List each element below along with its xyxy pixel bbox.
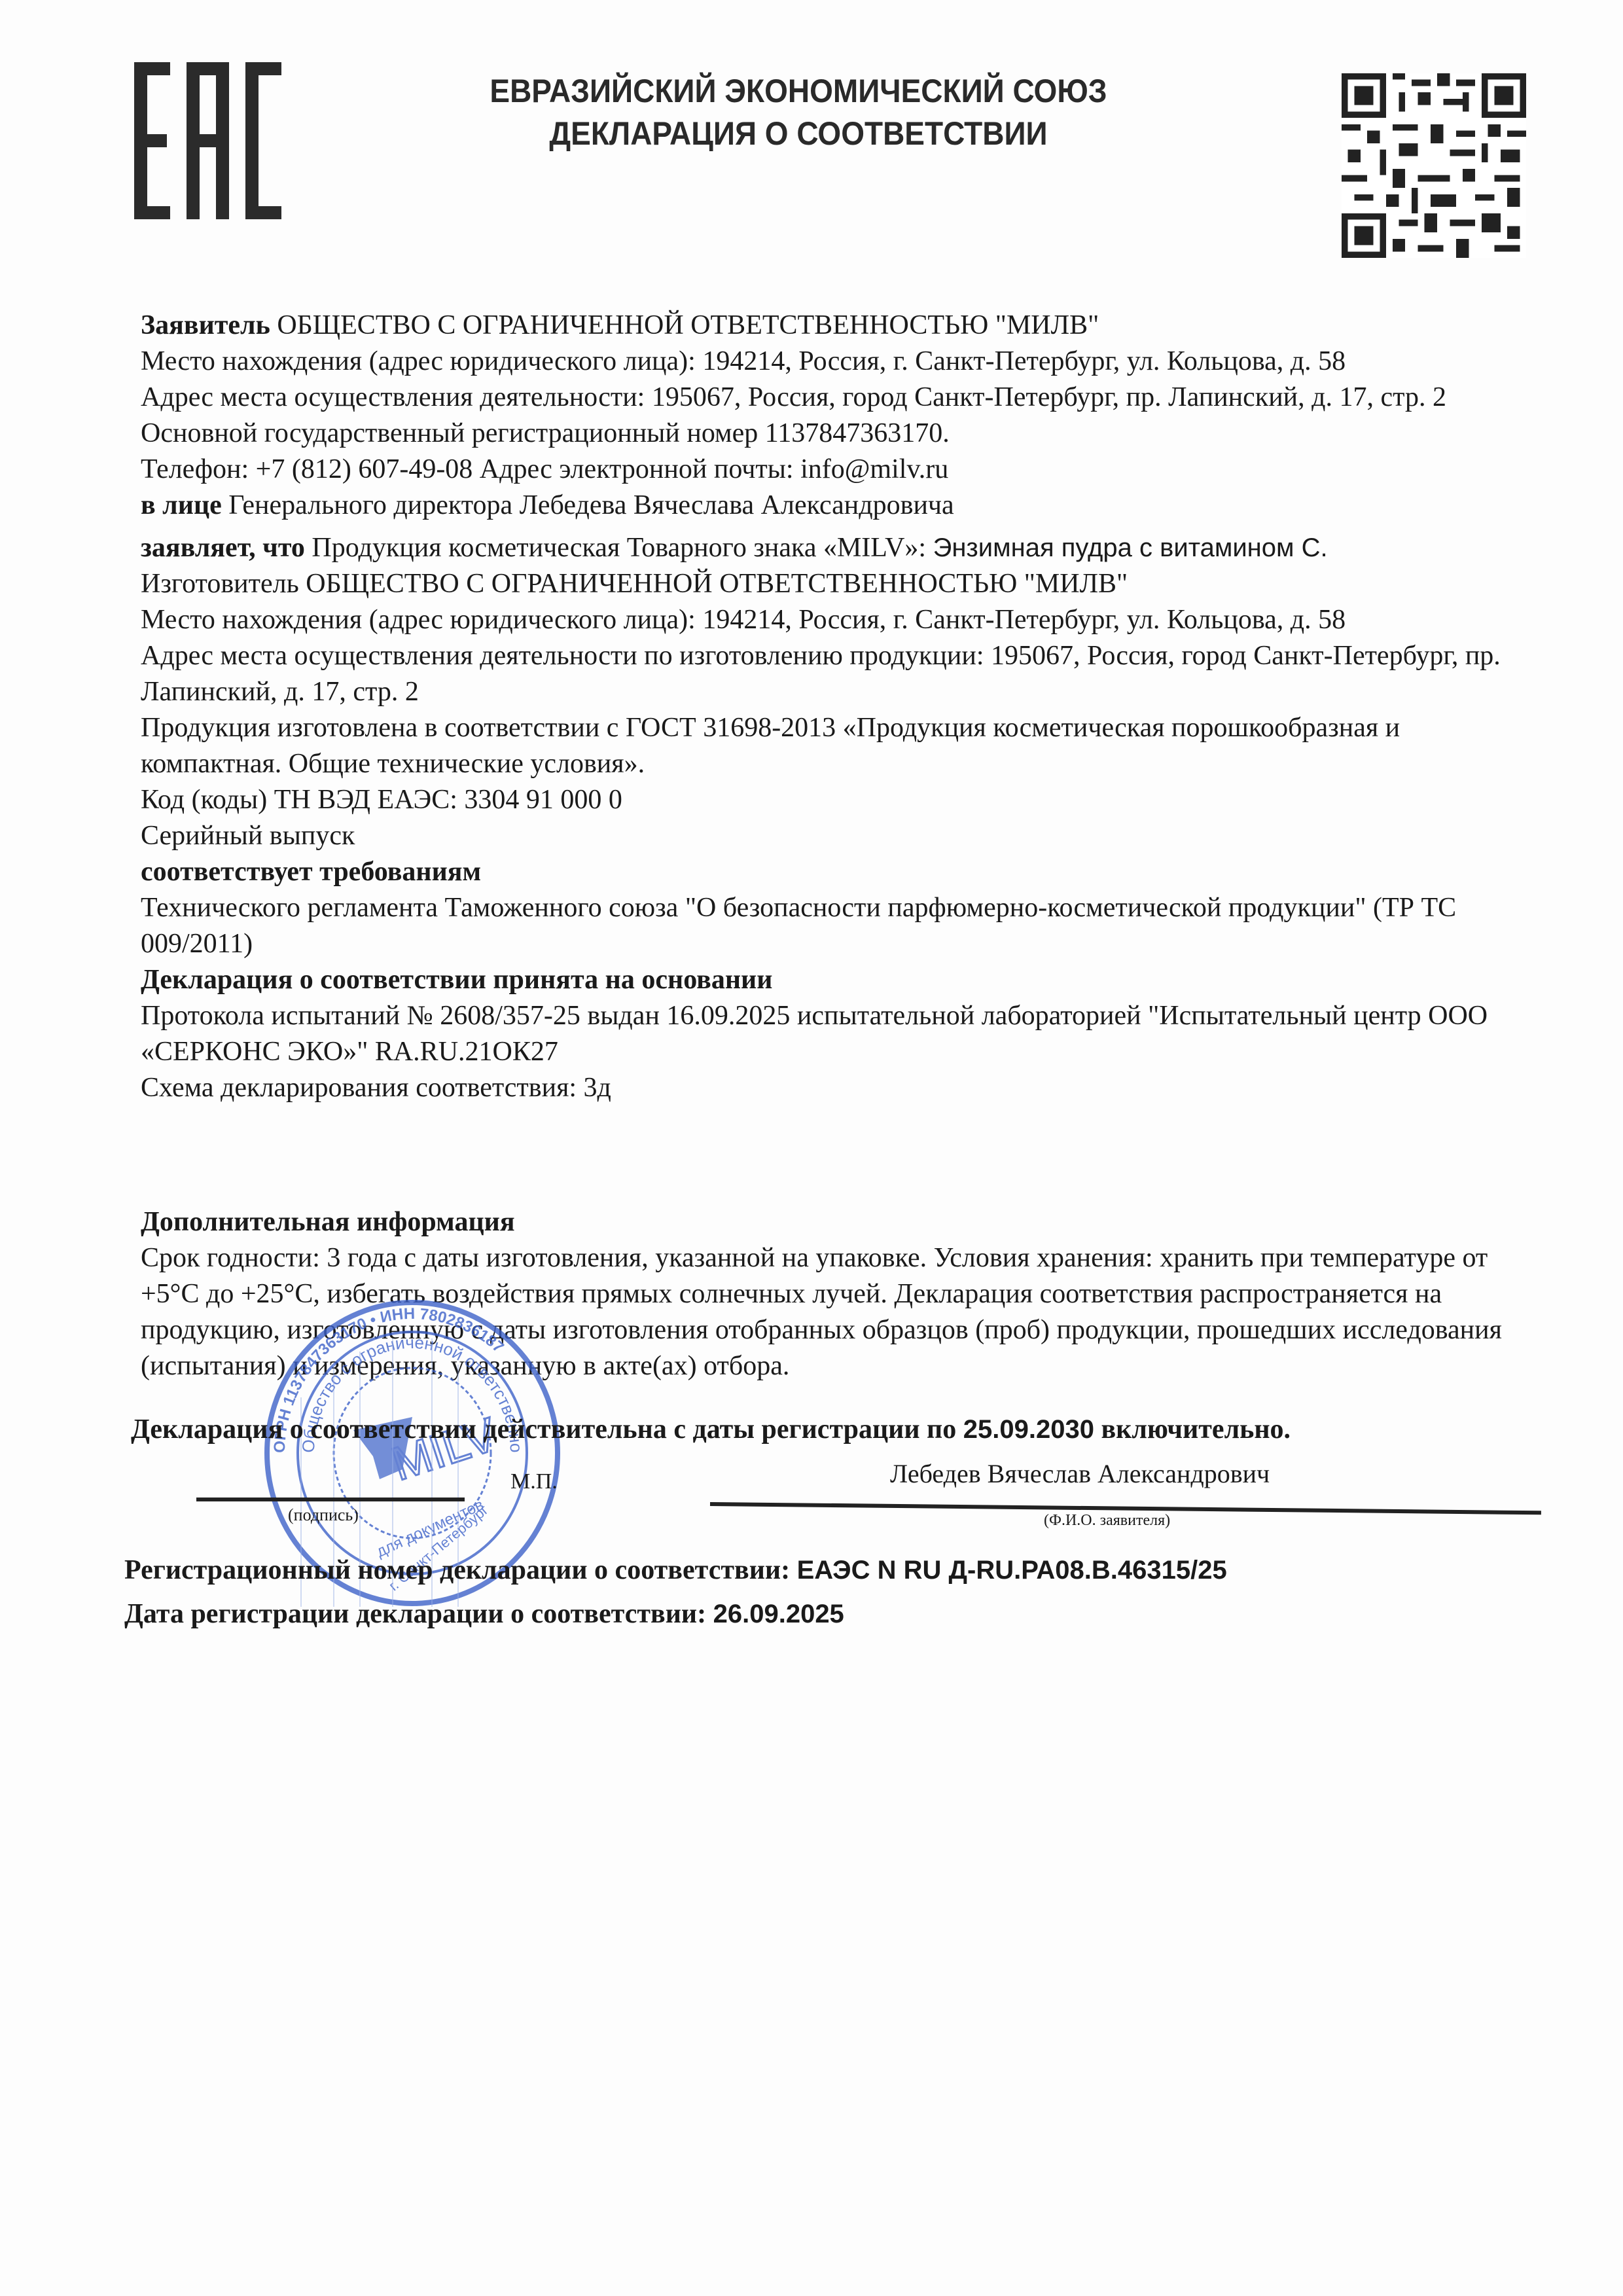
signature-caption: (подпись) — [288, 1505, 359, 1525]
applicant-ogrn: Основной государственный регистрационный… — [141, 416, 1515, 452]
additional-heading: Дополнительная информация — [141, 1204, 1515, 1240]
signature-line — [196, 1498, 465, 1501]
stamp-place-label: М.П. — [510, 1469, 558, 1494]
document-title: ДЕКЛАРАЦИЯ О СООТВЕТСТВИИ — [425, 115, 1172, 152]
tn-ved-code: Код (коды) ТН ВЭД ЕАЭС: 3304 91 000 0 — [141, 782, 1515, 818]
validity-statement: Декларация о соответствии действительна … — [131, 1414, 1291, 1445]
manufacturer-legal-address: Место нахождения (адрес юридического лиц… — [141, 602, 1515, 638]
represented-by: Генерального директора Лебедева Вячеслав… — [228, 490, 954, 520]
representative-line: в лице Генерального директора Лебедева В… — [141, 488, 1515, 524]
validity-suffix: включительно. — [1094, 1414, 1291, 1444]
registration-number: Регистрационный номер декларации о соотв… — [124, 1554, 1227, 1586]
manufacturer: Изготовитель ОБЩЕСТВО С ОГРАНИЧЕННОЙ ОТВ… — [141, 566, 1515, 602]
validity-prefix: Декларация о соответствии действительна … — [131, 1414, 963, 1444]
applicant-legal-address: Место нахождения (адрес юридического лиц… — [141, 344, 1515, 380]
eac-logo-icon — [134, 62, 281, 219]
requirements-text: Технического регламента Таможенного союз… — [141, 890, 1515, 962]
requirements-heading: соответствует требованиям — [141, 854, 1515, 890]
signer-name: Лебедев Вячеслав Александрович — [890, 1458, 1270, 1489]
product-name: Энзимная пудра с витамином С. — [933, 533, 1328, 562]
product-prefix: Продукция косметическая Товарного знака … — [312, 533, 933, 563]
applicant-activity-address: Адрес места осуществления деятельности: … — [141, 380, 1515, 416]
validity-date: 25.09.2030 — [963, 1415, 1094, 1444]
applicant-line: Заявитель ОБЩЕСТВО С ОГРАНИЧЕННОЙ ОТВЕТС… — [141, 308, 1515, 344]
declares-label: заявляет, что — [141, 533, 305, 563]
registration-date-value: 26.09.2025 — [713, 1600, 844, 1628]
qr-code-icon[interactable] — [1342, 73, 1526, 258]
product-standard: Продукция изготовлена в соответствии с Г… — [141, 710, 1515, 782]
registration-number-value: ЕАЭС N RU Д-RU.РА08.В.46315/25 — [797, 1556, 1227, 1585]
registration-number-label: Регистрационный номер декларации о соотв… — [124, 1555, 797, 1585]
basis-protocol: Протокола испытаний № 2608/357-25 выдан … — [141, 998, 1515, 1070]
union-title: ЕВРАЗИЙСКИЙ ЭКОНОМИЧЕСКИЙ СОЮЗ — [425, 72, 1172, 110]
registration-date-label: Дата регистрации декларации о соответств… — [124, 1599, 713, 1629]
registration-date: Дата регистрации декларации о соответств… — [124, 1598, 844, 1630]
represented-label: в лице — [141, 490, 222, 520]
basis-scheme: Схема декларирования соответствия: 3д — [141, 1070, 1515, 1106]
basis-heading: Декларация о соответствии принята на осн… — [141, 962, 1515, 998]
production-type: Серийный выпуск — [141, 818, 1515, 854]
applicant-label: Заявитель — [141, 310, 270, 340]
signer-caption: (Ф.И.О. заявителя) — [1044, 1512, 1170, 1530]
applicant-name: ОБЩЕСТВО С ОГРАНИЧЕННОЙ ОТВЕТСТВЕННОСТЬЮ… — [277, 310, 1099, 340]
applicant-contacts: Телефон: +7 (812) 607-49-08 Адрес электр… — [141, 452, 1515, 488]
declares-line: заявляет, что Продукция косметическая То… — [141, 530, 1515, 566]
declaration-body: Заявитель ОБЩЕСТВО С ОГРАНИЧЕННОЙ ОТВЕТС… — [141, 308, 1515, 1384]
manufacturing-address: Адрес места осуществления деятельности п… — [141, 638, 1515, 710]
